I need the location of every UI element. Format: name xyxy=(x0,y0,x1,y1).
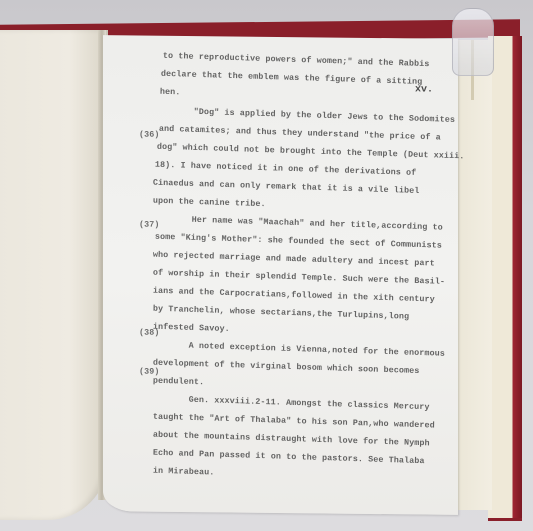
text-line: pendulent. xyxy=(153,376,204,388)
text-line: 18). I have noticed it in one of the der… xyxy=(155,160,417,178)
text-line: some "King's Mother": she founded the se… xyxy=(155,232,442,251)
text-line: "Dog" is applied by the older Jews to th… xyxy=(163,106,455,125)
note-number: (39) xyxy=(139,367,160,377)
note-number: (37) xyxy=(139,220,160,230)
text-line: of worship in their splendid Temple. Suc… xyxy=(153,268,445,287)
text-line: Her name was "Maachah" and her title,acc… xyxy=(161,214,443,233)
text-line: development of the virginal bosom which … xyxy=(153,358,420,376)
text-line: to the reproductive powers of women;" an… xyxy=(163,51,430,69)
text-line: Gen. xxxviii.2-11. Amongst the classics … xyxy=(158,394,430,413)
left-page xyxy=(0,30,108,520)
text-line: Echo and Pan passed it on to the pastors… xyxy=(153,448,425,467)
text-line: A noted exception is Vienna,noted for th… xyxy=(158,340,445,359)
text-line: who rejected marriage and made adultery … xyxy=(153,250,435,269)
text-line: taught the "Art of Thalaba" to his son P… xyxy=(153,412,435,431)
text-line: Cinaedus and can only remark that it is … xyxy=(153,178,420,196)
text-line: ians and the Carpocratians,followed in t… xyxy=(153,286,435,305)
page-clip xyxy=(452,8,494,76)
text-line: dog" which could not be brought into the… xyxy=(157,142,465,162)
text-line: declare that the emblem was the figure o… xyxy=(161,69,423,87)
page-stack xyxy=(452,40,492,510)
right-page: xv. to the reproductive powers of women;… xyxy=(103,35,458,515)
text-line: infested Savoy. xyxy=(153,322,230,334)
text-line: and catamites; and thus they understand … xyxy=(159,124,441,143)
text-line: in Mirabeau. xyxy=(153,466,215,478)
note-number: (38) xyxy=(139,328,160,338)
text-line: hen. xyxy=(160,87,181,98)
text-line: by Tranchelin, whose sectarians,the Turl… xyxy=(153,304,409,322)
note-number: (36) xyxy=(139,130,160,140)
text-line: about the mountains distraught with love… xyxy=(153,430,430,449)
text-line: upon the canine tribe. xyxy=(153,196,266,210)
book-cover-right-edge xyxy=(488,36,522,521)
